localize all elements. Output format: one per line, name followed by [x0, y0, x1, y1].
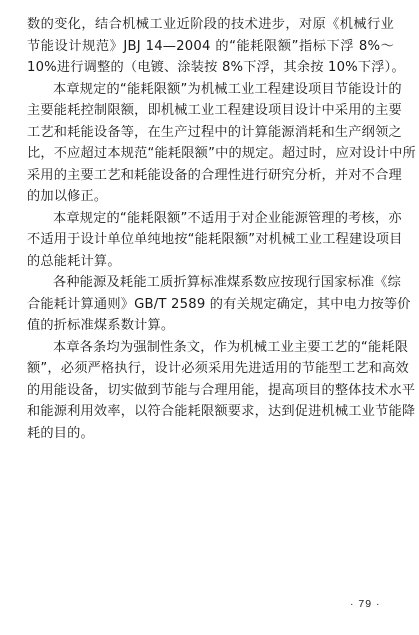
text-line: 本章各条均为强制性条文，作为机械工业主要工艺的“能耗限: [27, 337, 394, 359]
page-number: · 79 ·: [350, 598, 381, 610]
body-text: 数的变化，结合机械工业近阶段的技术进步，对原《机械行业 节能设计规范》JBJ 1…: [27, 14, 394, 444]
text-line: 工艺和耗能设备等，在生产过程中的计算能源消耗和生产纲领之: [27, 122, 394, 144]
text-line: 本章规定的“能耗限额”不适用于对企业能源管理的考核，亦: [27, 208, 394, 230]
text-line: 主要能耗控制限额，即机械工业工程建设项目设计中采用的主要: [27, 100, 394, 122]
text-line: 数的变化，结合机械工业近阶段的技术进步，对原《机械行业: [27, 14, 394, 36]
text-line: 各种能源及耗能工质折算标准煤系数应按现行国家标准《综: [27, 272, 394, 294]
paragraph-1: 数的变化，结合机械工业近阶段的技术进步，对原《机械行业 节能设计规范》JBJ 1…: [27, 14, 394, 79]
text-line: 采用的主要工艺和耗能设备的合理性进行研究分析，并对不合理: [27, 165, 394, 187]
text-line: 的用能设备，切实做到节能与合理用能，提高项目的整体技术水平: [27, 380, 394, 402]
text-line: 10%进行调整的（电镀、涂装按 8%下浮，其余按 10%下浮）。: [27, 57, 394, 79]
paragraph-2: 本章规定的“能耗限额”为机械工业工程建设项目节能设计的 主要能耗控制限额，即机械…: [27, 79, 394, 208]
text-line: 额”，必须严格执行，设计必须采用先进适用的节能型工艺和高效: [27, 358, 394, 380]
text-line: 和能源利用效率，以符合能耗限额要求，达到促进机械工业节能降: [27, 401, 394, 423]
text-line: 比，不应超过本规范“能耗限额”中的规定。超过时，应对设计中所: [27, 143, 394, 165]
text-line: 的加以修正。: [27, 186, 394, 208]
paragraph-4: 各种能源及耗能工质折算标准煤系数应按现行国家标准《综 合能耗计算通则》GB/T …: [27, 272, 394, 337]
paragraph-3: 本章规定的“能耗限额”不适用于对企业能源管理的考核，亦 不适用于设计单位单纯地按…: [27, 208, 394, 273]
text-line: 合能耗计算通则》GB/T 2589 的有关规定确定，其中电力按等价: [27, 294, 394, 316]
text-line: 不适用于设计单位单纯地按“能耗限额”对机械工业工程建设项目: [27, 229, 394, 251]
text-line: 的总能耗计算。: [27, 251, 394, 273]
text-line: 耗的目的。: [27, 423, 394, 445]
text-line: 节能设计规范》JBJ 14—2004 的“能耗限额”指标下浮 8%～: [27, 36, 394, 58]
text-line: 值的折标准煤系数计算。: [27, 315, 394, 337]
paragraph-5: 本章各条均为强制性条文，作为机械工业主要工艺的“能耗限 额”，必须严格执行，设计…: [27, 337, 394, 445]
text-line: 本章规定的“能耗限额”为机械工业工程建设项目节能设计的: [27, 79, 394, 101]
document-page: 数的变化，结合机械工业近阶段的技术进步，对原《机械行业 节能设计规范》JBJ 1…: [0, 0, 419, 635]
